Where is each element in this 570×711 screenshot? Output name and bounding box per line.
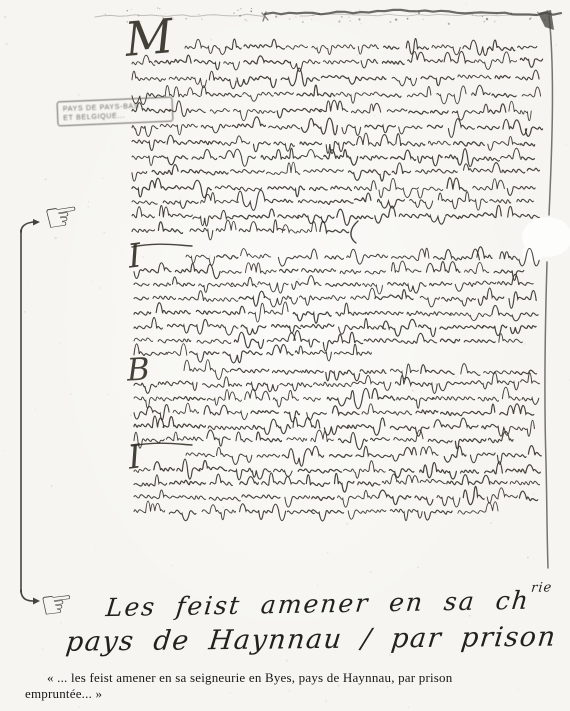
- excerpt-line-1-end: en byes: [549, 583, 570, 615]
- manicule-icon: ☞: [41, 194, 83, 239]
- caption: « ... les feist amener en sa seigneurie …: [25, 670, 545, 702]
- excerpt-superscript: rie: [530, 580, 553, 595]
- paragraph-initial: M: [123, 13, 175, 64]
- archive-stamp: PAYS DE PAYS-BAS ET BELGIQUE...: [57, 97, 174, 127]
- manicule-icon: ☞: [38, 583, 76, 625]
- caption-line-1: « ... les feist amener en sa seigneurie …: [47, 670, 545, 686]
- excerpt-line-2: pays de Haynnau / par prison empruntée (: [64, 619, 570, 657]
- caption-line-2: empruntée... »: [25, 686, 545, 702]
- scanned-manuscript-page: PAYS DE PAYS-BAS ET BELGIQUE... M I B I …: [0, 0, 570, 711]
- paragraph-initial: B: [126, 354, 150, 386]
